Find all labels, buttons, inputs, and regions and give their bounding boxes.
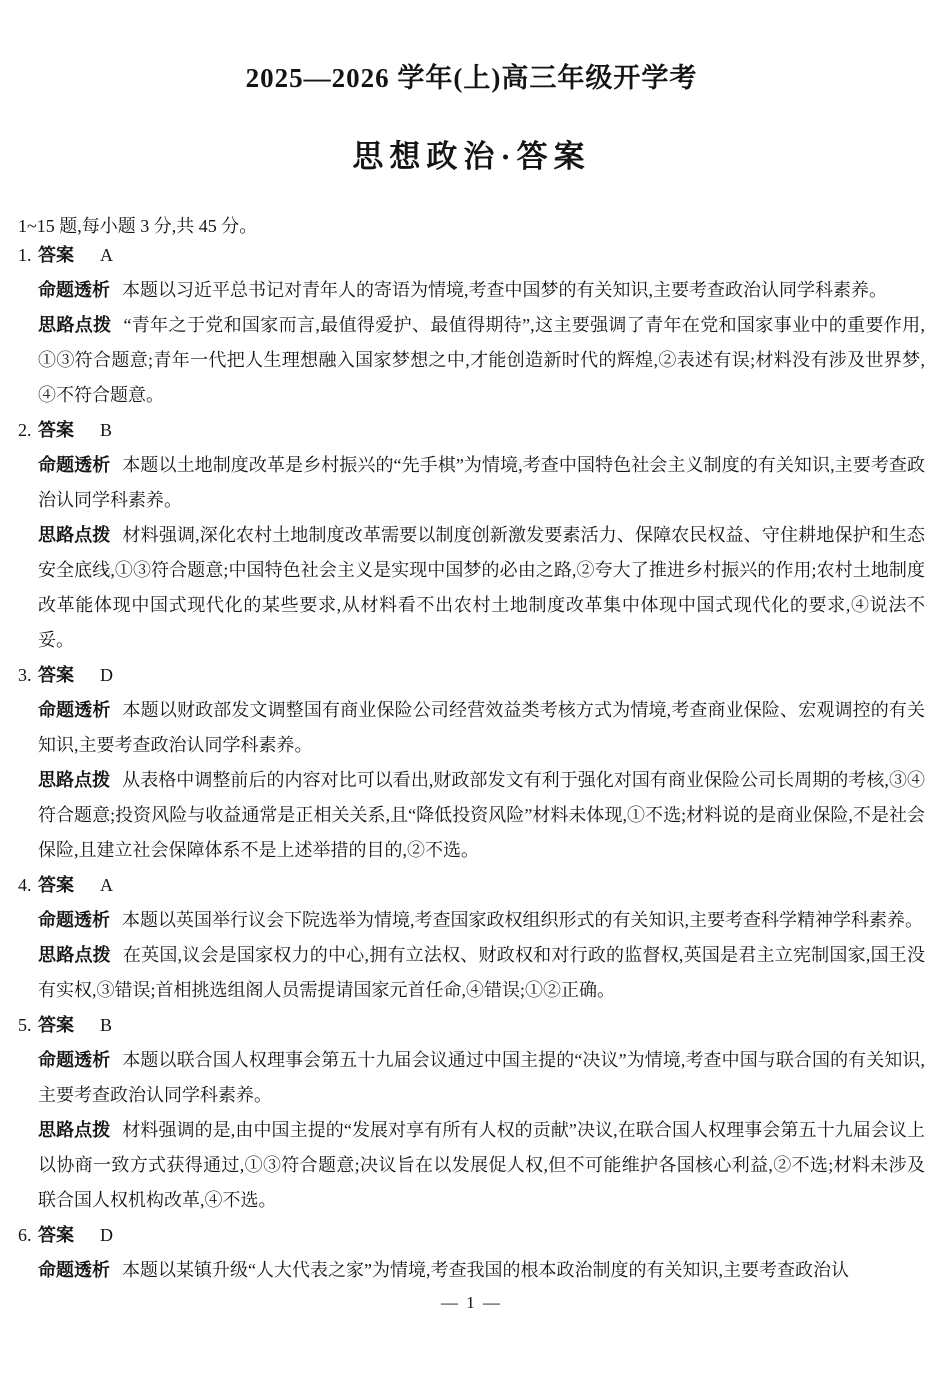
guidance-paragraph: 思路点拨在英国,议会是国家权力的中心,拥有立法权、财政权和对行政的监督权,英国是…	[38, 938, 925, 1008]
question-3-block: 3.答案D 命题透析本题以财政部发文调整国有商业保险公司经营效益类考核方式为情境…	[18, 658, 925, 868]
analysis-label: 命题透析	[38, 1050, 122, 1070]
analysis-label: 命题透析	[38, 280, 122, 300]
answer-line: 5.答案B	[18, 1008, 925, 1043]
analysis-paragraph: 命题透析本题以土地制度改革是乡村振兴的“先手棋”为情境,考查中国特色社会主义制度…	[38, 448, 925, 518]
guidance-label: 思路点拨	[38, 770, 122, 790]
guidance-paragraph: 思路点拨材料强调的是,由中国主提的“发展对享有所有人权的贡献”决议,在联合国人权…	[38, 1113, 925, 1218]
guidance-label: 思路点拨	[38, 945, 123, 965]
guidance-text: 从表格中调整前后的内容对比可以看出,财政部发文有利于强化对国有商业保险公司长周期…	[38, 770, 925, 860]
answer-label: 答案	[38, 420, 100, 440]
question-number: 2.	[18, 413, 38, 448]
analysis-paragraph: 命题透析本题以财政部发文调整国有商业保险公司经营效益类考核方式为情境,考查商业保…	[38, 693, 925, 763]
analysis-text: 本题以习近平总书记对青年人的寄语为情境,考查中国梦的有关知识,主要考查政治认同学…	[122, 280, 887, 300]
question-5-block: 5.答案B 命题透析本题以联合国人权理事会第五十九届会议通过中国主提的“决议”为…	[18, 1008, 925, 1218]
analysis-label: 命题透析	[38, 455, 122, 475]
guidance-paragraph: 思路点拨材料强调,深化农村土地制度改革需要以制度创新激发要素活力、保障农民权益、…	[38, 518, 925, 658]
page-number: — 1 —	[18, 1291, 925, 1315]
answer-line: 3.答案D	[18, 658, 925, 693]
answer-label: 答案	[38, 245, 100, 265]
question-number: 5.	[18, 1008, 38, 1043]
subject-answer-heading: 思想政治·答案	[18, 136, 925, 178]
guidance-label: 思路点拨	[38, 1120, 122, 1140]
question-6-block: 6.答案D 命题透析本题以某镇升级“人大代表之家”为情境,考查我国的根本政治制度…	[18, 1218, 925, 1288]
answer-line: 2.答案B	[18, 413, 925, 448]
answer-line: 1.答案A	[18, 238, 925, 273]
guidance-text: 材料强调,深化农村土地制度改革需要以制度创新激发要素活力、保障农民权益、守住耕地…	[38, 525, 925, 650]
question-number: 3.	[18, 658, 38, 693]
question-2-block: 2.答案B 命题透析本题以土地制度改革是乡村振兴的“先手棋”为情境,考查中国特色…	[18, 413, 925, 658]
analysis-text: 本题以土地制度改革是乡村振兴的“先手棋”为情境,考查中国特色社会主义制度的有关知…	[38, 455, 925, 510]
question-number: 6.	[18, 1218, 38, 1253]
guidance-text: 在英国,议会是国家权力的中心,拥有立法权、财政权和对行政的监督权,英国是君主立宪…	[38, 945, 925, 1000]
answer-letter: B	[100, 420, 113, 440]
answer-label: 答案	[38, 875, 100, 895]
exam-title: 2025—2026 学年(上)高三年级开学考	[18, 60, 925, 96]
analysis-label: 命题透析	[38, 700, 123, 720]
question-number: 4.	[18, 868, 38, 903]
analysis-paragraph: 命题透析本题以英国举行议会下院选举为情境,考查国家政权组织形式的有关知识,主要考…	[38, 903, 925, 938]
page-content: 2025—2026 学年(上)高三年级开学考 思想政治·答案 1~15 题,每小…	[0, 60, 945, 1315]
analysis-text: 本题以财政部发文调整国有商业保险公司经营效益类考核方式为情境,考查商业保险、宏观…	[38, 700, 925, 755]
guidance-text: “青年之于党和国家而言,最值得爱护、最值得期待”,这主要强调了青年在党和国家事业…	[38, 315, 925, 405]
guidance-paragraph: 思路点拨从表格中调整前后的内容对比可以看出,财政部发文有利于强化对国有商业保险公…	[38, 763, 925, 868]
analysis-text: 本题以联合国人权理事会第五十九届会议通过中国主提的“决议”为情境,考查中国与联合…	[38, 1050, 925, 1105]
guidance-label: 思路点拨	[38, 315, 123, 335]
guidance-text: 材料强调的是,由中国主提的“发展对享有所有人权的贡献”决议,在联合国人权理事会第…	[38, 1120, 925, 1210]
guidance-label: 思路点拨	[38, 525, 123, 545]
answer-letter: D	[100, 665, 114, 685]
analysis-text: 本题以某镇升级“人大代表之家”为情境,考查我国的根本政治制度的有关知识,主要考查…	[122, 1260, 849, 1280]
answer-label: 答案	[38, 1015, 100, 1035]
answer-key-page: 2025—2026 学年(上)高三年级开学考 思想政治·答案 1~15 题,每小…	[0, 0, 945, 1399]
answer-line: 6.答案D	[18, 1218, 925, 1253]
scoring-note: 1~15 题,每小题 3 分,共 45 分。	[18, 214, 925, 238]
answer-line: 4.答案A	[18, 868, 925, 903]
analysis-paragraph: 命题透析本题以联合国人权理事会第五十九届会议通过中国主提的“决议”为情境,考查中…	[38, 1043, 925, 1113]
answer-letter: D	[100, 1225, 114, 1245]
answer-letter: A	[100, 875, 114, 895]
answer-letter: A	[100, 245, 114, 265]
question-1-block: 1.答案A 命题透析本题以习近平总书记对青年人的寄语为情境,考查中国梦的有关知识…	[18, 238, 925, 413]
analysis-label: 命题透析	[38, 910, 122, 930]
analysis-label: 命题透析	[38, 1260, 122, 1280]
analysis-paragraph: 命题透析本题以某镇升级“人大代表之家”为情境,考查我国的根本政治制度的有关知识,…	[38, 1253, 925, 1288]
guidance-paragraph: 思路点拨“青年之于党和国家而言,最值得爱护、最值得期待”,这主要强调了青年在党和…	[38, 308, 925, 413]
answer-label: 答案	[38, 1225, 100, 1245]
analysis-text: 本题以英国举行议会下院选举为情境,考查国家政权组织形式的有关知识,主要考查科学精…	[122, 910, 923, 930]
analysis-paragraph: 命题透析本题以习近平总书记对青年人的寄语为情境,考查中国梦的有关知识,主要考查政…	[38, 273, 925, 308]
answer-letter: B	[100, 1015, 113, 1035]
answer-label: 答案	[38, 665, 100, 685]
question-number: 1.	[18, 238, 38, 273]
question-4-block: 4.答案A 命题透析本题以英国举行议会下院选举为情境,考查国家政权组织形式的有关…	[18, 868, 925, 1008]
